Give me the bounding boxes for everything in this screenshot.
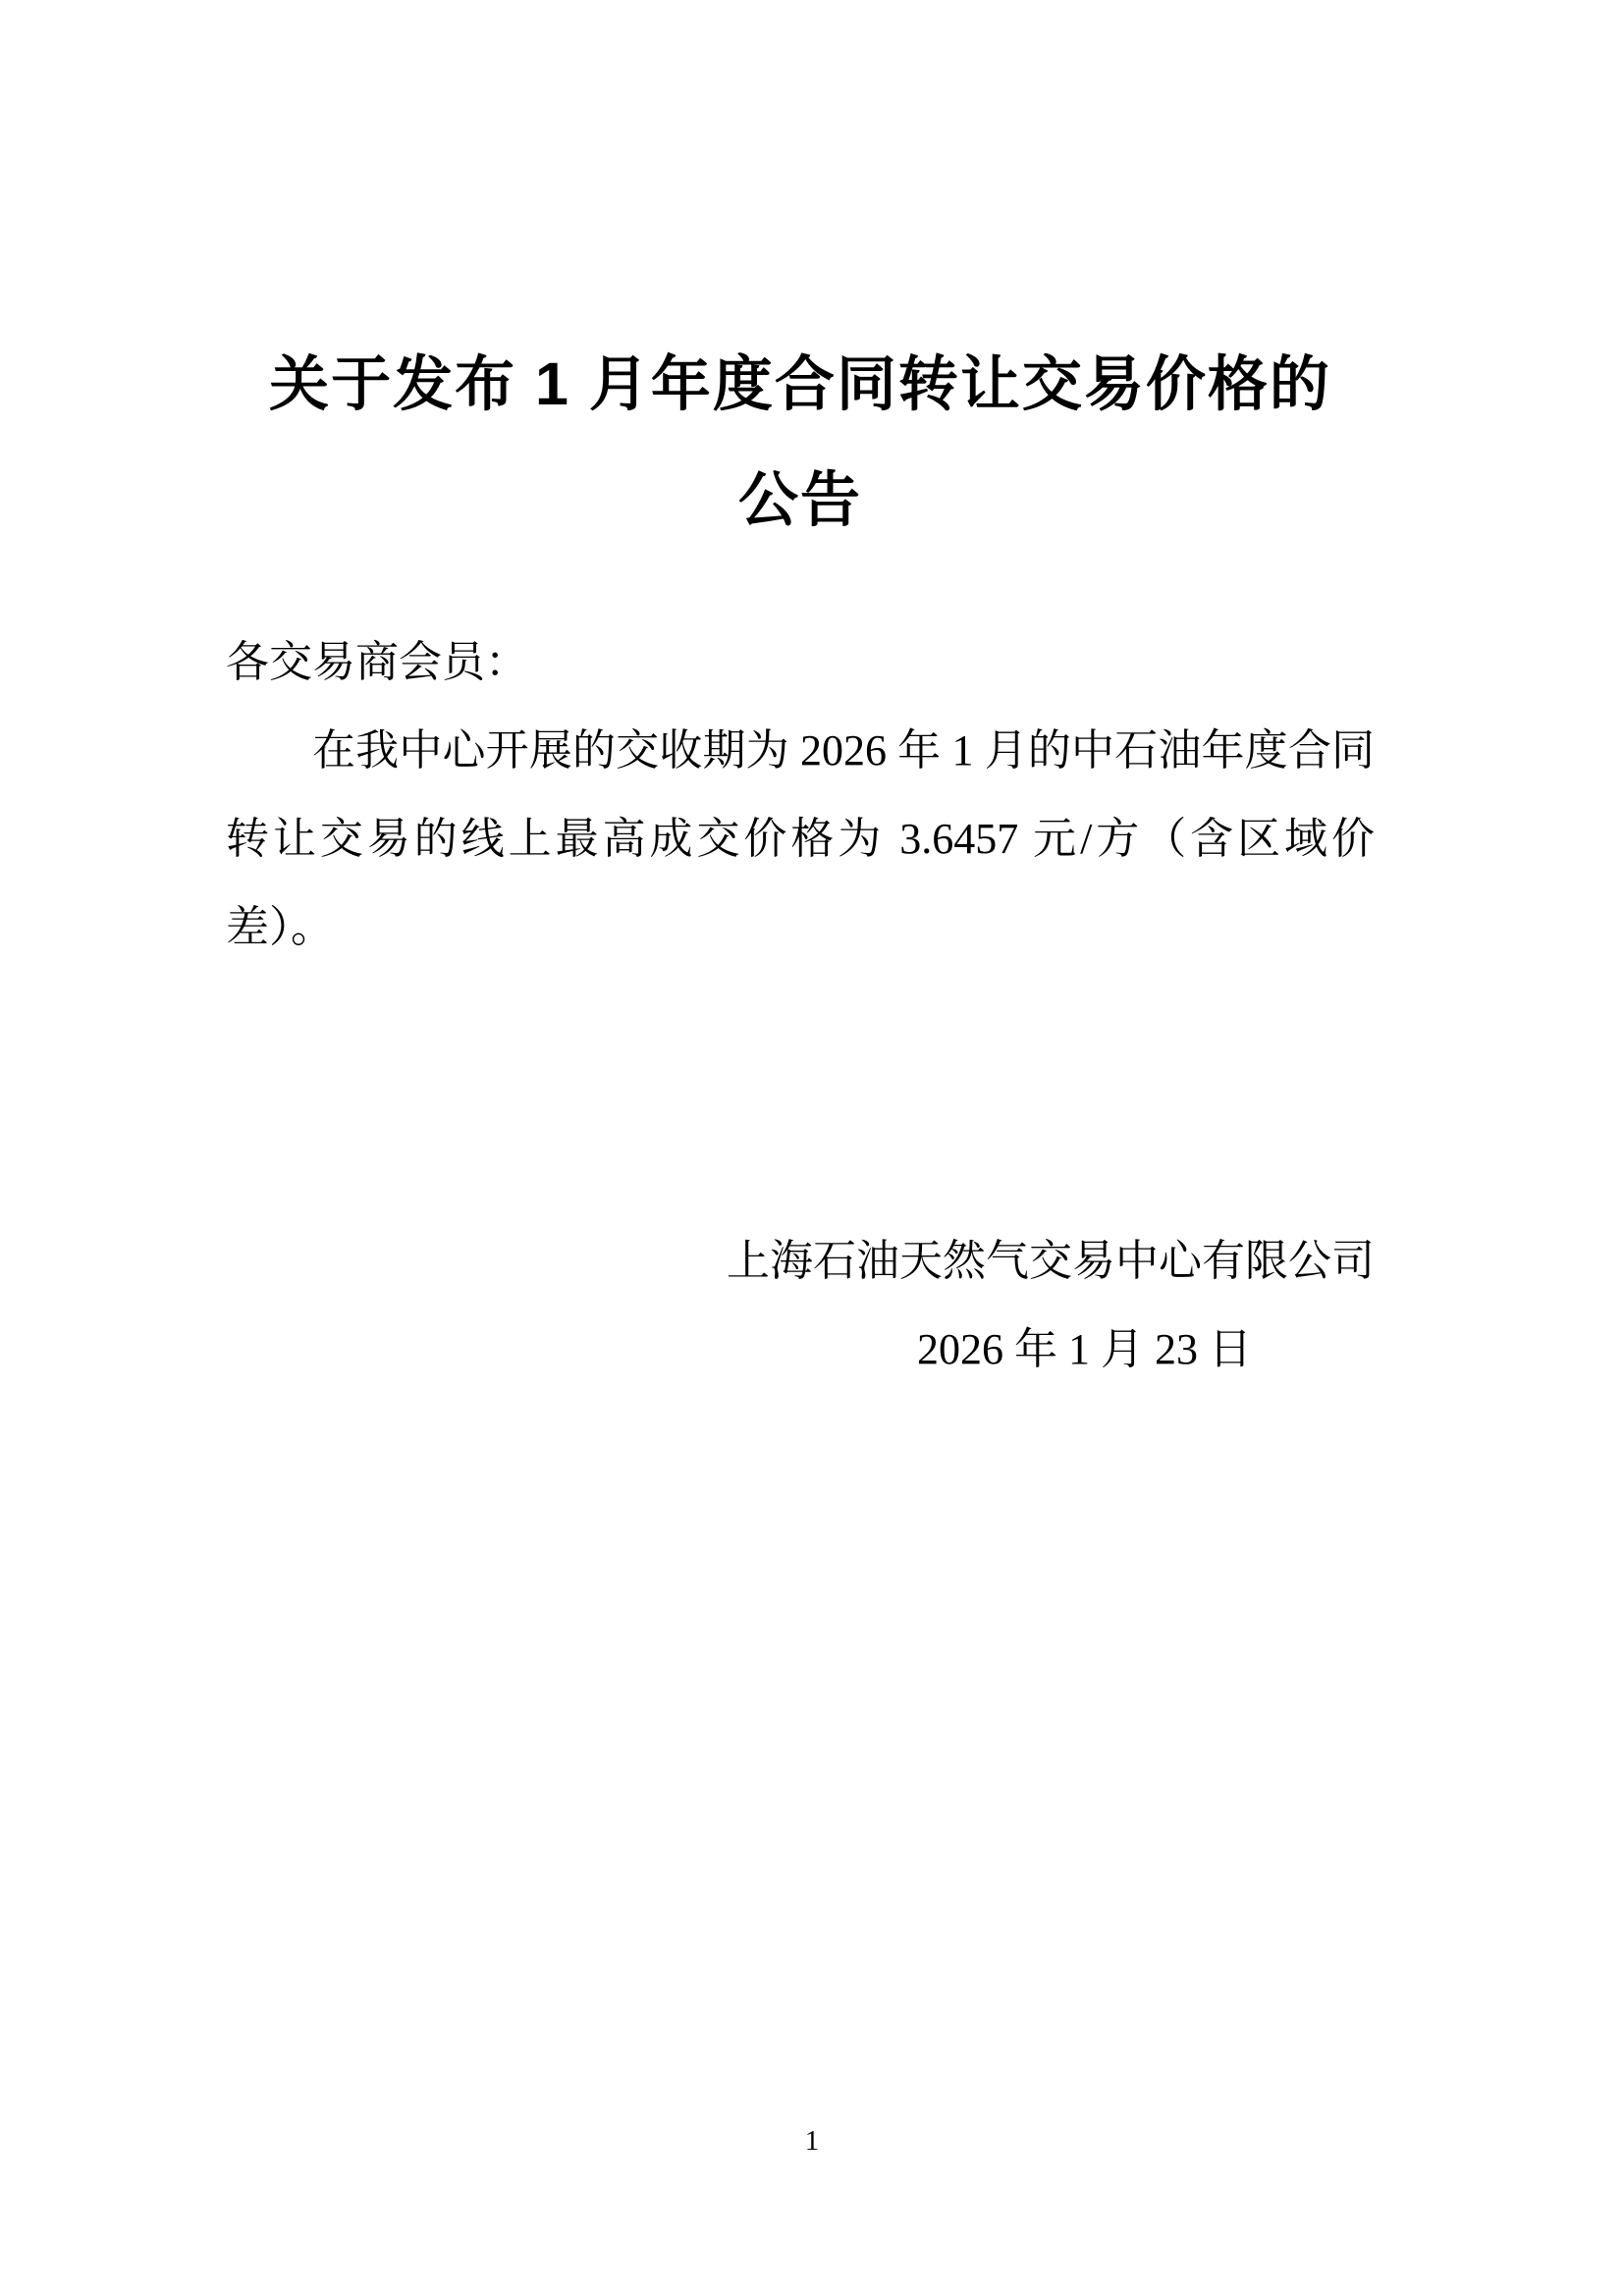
- signature-date: 2026 年 1 月 23 日: [226, 1306, 1375, 1394]
- announcement-title-line1: 关于发布 1 月年度合同转让交易价格的: [226, 326, 1375, 442]
- document-page: 关于发布 1 月年度合同转让交易价格的 公告 各交易商会员： 在我中心开展的交收…: [0, 0, 1624, 2296]
- announcement-title: 关于发布 1 月年度合同转让交易价格的 公告: [226, 326, 1375, 558]
- signature-company: 上海石油天然气交易中心有限公司: [226, 1217, 1375, 1306]
- page-number: 1: [0, 2123, 1624, 2159]
- body-paragraph: 在我中心开展的交收期为 2026 年 1 月的中石油年度合同转让交易的线上最高成…: [226, 707, 1375, 972]
- announcement-title-line2: 公告: [226, 442, 1375, 558]
- salutation-text: 各交易商会员：: [226, 618, 1375, 707]
- signature-block: 上海石油天然气交易中心有限公司 2026 年 1 月 23 日: [226, 1217, 1375, 1394]
- announcement-body: 各交易商会员： 在我中心开展的交收期为 2026 年 1 月的中石油年度合同转让…: [226, 618, 1375, 972]
